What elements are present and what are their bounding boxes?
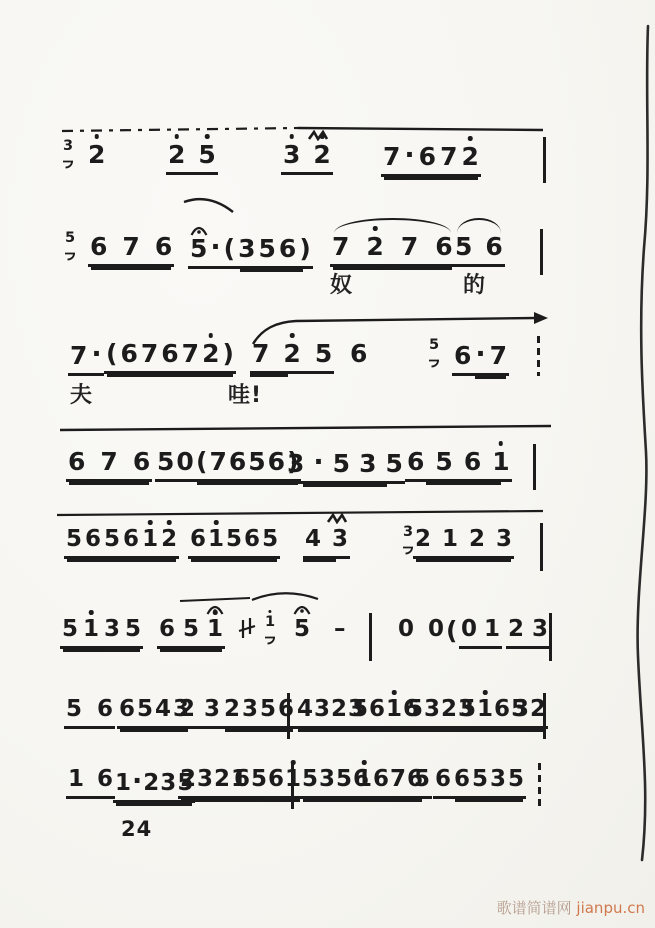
lyric-character: 的 xyxy=(463,268,486,299)
note-group: 23 xyxy=(177,698,222,729)
grace-digit: 3 xyxy=(403,525,413,540)
note-group: 5135 xyxy=(60,618,143,649)
score-line: 161·2352321656153561676566535 xyxy=(0,768,655,832)
note-digit: 6 xyxy=(90,234,107,259)
beam-partial-line xyxy=(303,559,336,562)
dot-separator: · xyxy=(475,341,485,368)
note-digit: 2 xyxy=(415,528,431,551)
grace-note: 3 xyxy=(62,139,74,173)
note-group: 56 xyxy=(453,234,505,267)
note-digit: 5 xyxy=(259,236,276,261)
note-digit: 3 xyxy=(197,768,213,791)
note-digit: 7 xyxy=(141,341,158,366)
note-digit: 2 xyxy=(168,142,185,167)
note-digit: 6 xyxy=(464,449,481,474)
note-digit: 2 xyxy=(88,142,105,167)
note-digit: 1 xyxy=(68,768,84,791)
note-digit: 5 xyxy=(226,528,242,551)
note-digit: 2 xyxy=(161,528,177,551)
note-digit: 2 xyxy=(202,341,219,366)
beam-partial-line xyxy=(303,484,387,487)
note-digit: ( xyxy=(224,236,235,261)
note-digit: 7 xyxy=(182,341,199,366)
note-digit: 5 xyxy=(352,698,368,721)
note-group: 43 xyxy=(303,528,350,559)
note-digit: 7 xyxy=(390,768,406,791)
note-group: – xyxy=(332,618,348,646)
score-line: 67650(7656)3·5356561 xyxy=(0,449,655,513)
beam-second-line xyxy=(91,267,171,270)
note-digit: 6 xyxy=(119,698,135,721)
note-digit: 3 xyxy=(283,142,300,167)
note-digit: 3 xyxy=(359,451,376,476)
grace-hook-icon xyxy=(62,154,74,173)
note-digit: 6 xyxy=(350,341,367,366)
note-digit: 6 xyxy=(279,236,296,261)
continuation-line-top-dashed xyxy=(62,128,298,131)
note-digit: 6 xyxy=(85,528,101,551)
note-digit: 6 xyxy=(419,144,436,169)
note-digit: 4 xyxy=(297,698,313,721)
note-digit: 6 xyxy=(155,234,172,259)
beam-second-line xyxy=(357,799,422,802)
note-digit: ) xyxy=(222,341,233,366)
note-digit: 5 xyxy=(407,698,423,721)
note-digit: 1 xyxy=(208,528,224,551)
note-digit: 5 xyxy=(198,142,215,167)
barline xyxy=(543,693,546,739)
note-digit: 2 xyxy=(331,698,347,721)
note-digit: 7 xyxy=(490,343,507,368)
note-digit: 7 xyxy=(122,234,139,259)
note-digit: 2 xyxy=(366,234,383,259)
note-digit: 3 xyxy=(160,772,176,795)
continuation-line-top-solid xyxy=(298,128,543,130)
beam-partial-line xyxy=(426,482,501,485)
grace-hook-icon xyxy=(428,353,440,372)
lyric-character: 奴 xyxy=(330,268,353,299)
note-digit: 0 xyxy=(398,618,414,641)
note-digit: 5 xyxy=(333,451,350,476)
note-digit: 7 xyxy=(383,144,400,169)
note-digit: 1 xyxy=(356,768,372,791)
dot-separator: · xyxy=(210,234,220,261)
note-digit: ) xyxy=(299,236,310,261)
note-group: 565612 xyxy=(64,528,179,559)
beam-second-line xyxy=(107,374,233,377)
barline xyxy=(287,693,290,739)
note-digit: 6 xyxy=(407,449,424,474)
grace-hook-icon xyxy=(264,630,276,649)
barline xyxy=(291,763,294,809)
dot-separator: · xyxy=(313,449,323,476)
note-digit: ( xyxy=(196,449,207,474)
note-digit: 1 xyxy=(207,618,223,641)
note-digit: 0 xyxy=(176,449,193,474)
note-digit: 6 xyxy=(234,768,250,791)
note-digit: 7 xyxy=(70,343,87,368)
note-group: 16 xyxy=(66,768,115,799)
note-group: 6561 xyxy=(405,449,512,482)
note-group: 2356 xyxy=(222,698,296,729)
note-digit: 5 xyxy=(104,528,120,551)
note-digit: 5 xyxy=(294,618,310,641)
note-digit: 3 xyxy=(287,451,304,476)
note-digit: 3 xyxy=(532,618,548,641)
note-digit: 6 xyxy=(159,618,175,641)
note-digit: 5 xyxy=(336,768,352,791)
note-digit: 5 xyxy=(385,451,402,476)
note-group: 2123 xyxy=(413,528,514,559)
sharp-like-mark-icon xyxy=(238,617,256,641)
watermark-site-name: 歌谱简谱网 xyxy=(497,899,572,917)
note-digit: 3 xyxy=(204,698,220,721)
note-digit: 2 xyxy=(180,768,196,791)
note-group: 3·535 xyxy=(285,449,405,484)
grace-digit: 3 xyxy=(63,139,73,154)
beam-second-line xyxy=(120,729,188,732)
barline xyxy=(549,613,552,661)
note-group: 5 xyxy=(412,768,432,799)
beam-partial-line xyxy=(250,374,288,377)
note-digit: 6 xyxy=(68,449,85,474)
note-digit: 1 xyxy=(83,618,99,641)
note-digit: 6 xyxy=(97,698,113,721)
note-group: 676 xyxy=(66,449,152,482)
note-digit: 6 xyxy=(161,341,178,366)
note-digit: 5 xyxy=(66,528,82,551)
note-digit: 2 xyxy=(214,768,230,791)
note-digit: 6 xyxy=(97,768,113,791)
note-group: 6 xyxy=(348,341,369,371)
note-digit: 1 xyxy=(484,618,500,641)
tremolo-mark xyxy=(327,506,351,517)
note-digit: 1 xyxy=(386,698,402,721)
note-digit: 3 xyxy=(319,768,335,791)
note-group: 23 xyxy=(506,618,550,649)
beam-partial-line xyxy=(240,269,302,272)
note-digit: 2 xyxy=(469,528,485,551)
dot-separator: · xyxy=(404,142,414,169)
beam-second-line xyxy=(63,649,140,652)
grace-digit: 5 xyxy=(65,231,75,246)
note-digit: 5 xyxy=(455,234,472,259)
lyric-character: 夫 xyxy=(70,378,93,409)
note-digit: 5 xyxy=(251,768,267,791)
note-group: 50 xyxy=(155,449,196,482)
note-group: 6·7 xyxy=(452,341,509,376)
note-digit: 0 xyxy=(428,618,444,641)
fermata-mark xyxy=(293,597,312,609)
score-line: 56765·(356)727656 xyxy=(0,234,655,298)
note-digit: 5 xyxy=(248,449,265,474)
score-line: 7·(67672)725656·7 xyxy=(0,341,655,405)
note-digit: 3 xyxy=(332,528,348,551)
slur-arc xyxy=(457,218,501,233)
note-group: 61565 xyxy=(188,528,280,559)
page-number: 24 xyxy=(121,817,152,841)
note-digit: 5 xyxy=(460,698,476,721)
note-digit: 3 xyxy=(238,236,255,261)
note-group: (67672) xyxy=(104,341,236,374)
note-group: 6535 xyxy=(452,768,526,799)
note-digit: 6 xyxy=(373,768,389,791)
dot-separator: · xyxy=(91,341,101,368)
beam-second-line xyxy=(160,649,222,652)
long-slur-line4 xyxy=(60,426,551,430)
note-digit: 5 xyxy=(508,768,524,791)
fermata-mark xyxy=(206,597,225,609)
note-group: 25 xyxy=(166,142,218,175)
note-digit: 3 xyxy=(104,618,120,641)
note-digit: 5 xyxy=(157,449,174,474)
note-digit: 5 xyxy=(125,618,141,641)
beam-partial-line xyxy=(475,376,506,379)
grace-digit: 1 xyxy=(265,615,275,630)
note-digit: 6 xyxy=(454,768,470,791)
tremolo-mark xyxy=(308,120,332,131)
note-digit: 5 xyxy=(472,768,488,791)
note-digit: 6 xyxy=(435,768,451,791)
beam-second-line xyxy=(384,177,478,180)
note-digit: 1 xyxy=(442,528,458,551)
note-digit: 6 xyxy=(229,449,246,474)
note-digit: 4 xyxy=(155,698,171,721)
note-group: 5 xyxy=(292,618,312,646)
note-digit: 6 xyxy=(435,234,452,259)
note-digit: 2 xyxy=(143,772,159,795)
note-digit: 6 xyxy=(190,528,206,551)
note-digit: 7 xyxy=(401,234,418,259)
note-digit: 5 xyxy=(262,528,278,551)
note-digit: 2 xyxy=(313,142,330,167)
dot-separator: · xyxy=(132,768,142,795)
note-digit: 7 xyxy=(440,144,457,169)
note-digit: 5 xyxy=(302,768,318,791)
watermark-site-url: jianpu.cn xyxy=(576,899,645,917)
note-digit: 5 xyxy=(183,618,199,641)
note-group: 32 xyxy=(281,142,333,175)
note-digit: 2 xyxy=(283,341,300,366)
lyric-character: 哇! xyxy=(228,378,262,409)
note-digit: 6 xyxy=(133,449,150,474)
note-digit: 5 xyxy=(137,698,153,721)
note-digit: – xyxy=(334,618,346,641)
note-digit: 6 xyxy=(268,449,285,474)
note-digit: 1 xyxy=(142,528,158,551)
note-digit: 5 xyxy=(62,618,78,641)
note-digit: 6 xyxy=(268,768,284,791)
beam-second-line xyxy=(514,729,545,732)
beam-second-line xyxy=(191,559,277,562)
barline xyxy=(538,763,541,811)
note-digit: 6 xyxy=(123,528,139,551)
note-digit: 7 xyxy=(100,449,117,474)
note-digit: 3 xyxy=(490,768,506,791)
score-line: 565612615654332123 xyxy=(0,528,655,592)
beam-second-line xyxy=(455,799,523,802)
note-group: 2 xyxy=(86,142,107,172)
beam-second-line xyxy=(116,803,192,806)
note-digit: 2 xyxy=(224,698,240,721)
note-group: 651 xyxy=(157,618,225,649)
barline xyxy=(540,523,543,571)
beam-second-line xyxy=(69,482,149,485)
note-digit: 2 xyxy=(179,698,195,721)
note-digit: 4 xyxy=(305,528,321,551)
note-group: 7· xyxy=(68,341,104,376)
note-digit: 6 xyxy=(369,698,385,721)
beam-second-line xyxy=(67,559,176,562)
note-digit: 3 xyxy=(314,698,330,721)
grace-note: 1 xyxy=(264,615,276,649)
barline xyxy=(369,613,372,661)
fermata-mark xyxy=(189,215,208,227)
grace-note: 5 xyxy=(64,231,76,265)
note-digit: 2 xyxy=(508,618,524,641)
beam-second-line xyxy=(197,482,298,485)
beam-second-line xyxy=(416,559,511,562)
note-digit: 6 xyxy=(494,698,510,721)
note-digit: 2 xyxy=(461,144,478,169)
note-digit: 1 xyxy=(477,698,493,721)
note-group: 0 xyxy=(426,618,446,646)
scanned-score-page: 3225327·67256765·(356)7276567·(67672)725… xyxy=(0,0,655,928)
barline xyxy=(540,229,543,275)
note-digit: 6 xyxy=(120,341,137,366)
note-group: 56 xyxy=(64,698,115,729)
watermark: 歌谱简谱网 jianpu.cn xyxy=(497,897,645,918)
note-group: 0 xyxy=(396,618,416,646)
long-slur-arrowhead xyxy=(534,312,548,324)
barline xyxy=(543,137,546,183)
barline xyxy=(533,444,536,490)
note-digit: 7 xyxy=(252,341,269,366)
barline xyxy=(537,336,540,376)
note-digit: 3 xyxy=(242,698,258,721)
note-digit: 3 xyxy=(424,698,440,721)
note-digit: 5 xyxy=(66,698,82,721)
note-group: 676 xyxy=(88,234,174,267)
note-digit: 6 xyxy=(244,528,260,551)
note-digit: 2 xyxy=(441,698,457,721)
note-group: 7276 xyxy=(330,234,455,267)
parenthesis-mark: ( xyxy=(446,618,457,643)
beam-second-line xyxy=(225,729,293,732)
slur-arc xyxy=(334,218,451,233)
note-group: 725 xyxy=(250,341,334,374)
note-digit: 1 xyxy=(115,772,131,795)
note-digit: 5 xyxy=(435,449,452,474)
note-group: 01 xyxy=(459,618,502,649)
note-digit: 0 xyxy=(461,618,477,641)
score-line: 566543232356432356165323516532 xyxy=(0,698,655,762)
note-group: 6 xyxy=(433,768,453,799)
note-digit: 5 xyxy=(315,341,332,366)
note-digit: ( xyxy=(106,341,117,366)
note-digit: 6 xyxy=(485,234,502,259)
score-line: 513565115–00(0123 xyxy=(0,618,655,682)
note-digit: 7 xyxy=(209,449,226,474)
note-group: 7·672 xyxy=(381,142,481,177)
grace-hook-icon xyxy=(64,246,76,265)
grace-digit: 5 xyxy=(429,338,439,353)
note-digit: 5 xyxy=(260,698,276,721)
note-group: 5·(356) xyxy=(188,234,313,269)
grace-note: 5 xyxy=(428,338,440,372)
note-digit: 7 xyxy=(332,234,349,259)
note-digit: 1 xyxy=(492,449,509,474)
note-digit: 6 xyxy=(454,343,471,368)
note-digit: 5 xyxy=(190,236,207,261)
note-digit: 3 xyxy=(496,528,512,551)
score-line: 3225327·672 xyxy=(0,142,655,206)
note-digit: 5 xyxy=(414,768,430,791)
note-digit: 3 xyxy=(513,698,529,721)
